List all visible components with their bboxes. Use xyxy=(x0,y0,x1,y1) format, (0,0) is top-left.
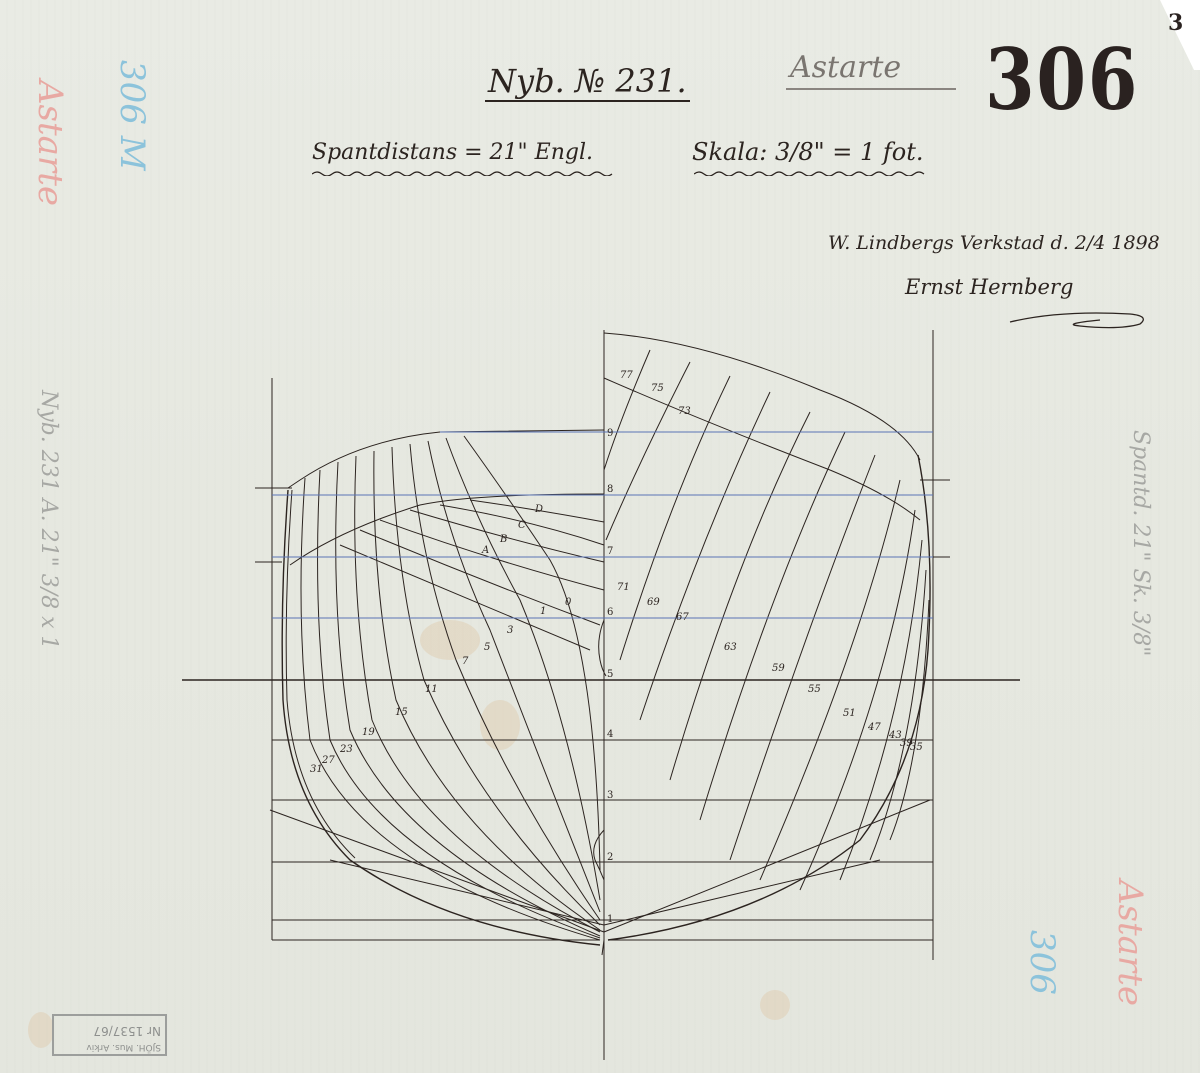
svg-text:73: 73 xyxy=(678,406,691,417)
waterline-label-9: 9 xyxy=(607,428,613,439)
svg-text:71: 71 xyxy=(617,582,630,593)
waterline-label-5: 5 xyxy=(607,669,613,680)
waterline-label-8: 8 xyxy=(607,484,613,495)
svg-text:69: 69 xyxy=(647,597,660,608)
svg-text:7: 7 xyxy=(462,656,469,667)
svg-text:3: 3 xyxy=(507,625,513,636)
body-plan-drawing: 1 2 3 4 5 6 7 8 9 D C B A 0 1 3 5 7 11 1… xyxy=(0,0,1200,1073)
diagonal-label-c: C xyxy=(518,520,526,531)
svg-text:35: 35 xyxy=(910,742,923,753)
svg-text:77: 77 xyxy=(620,370,633,381)
waterline-label-7: 7 xyxy=(607,546,613,557)
svg-text:5: 5 xyxy=(484,642,490,653)
waterline-label-4: 4 xyxy=(607,729,613,740)
svg-text:31: 31 xyxy=(310,764,323,775)
svg-text:55: 55 xyxy=(808,684,821,695)
diagonal-label-a: A xyxy=(481,545,489,556)
svg-text:51: 51 xyxy=(843,708,856,719)
svg-text:47: 47 xyxy=(867,722,881,733)
diagonal-label-d: D xyxy=(534,504,543,515)
svg-text:15: 15 xyxy=(395,707,408,718)
svg-text:23: 23 xyxy=(339,744,353,755)
waterline-label-3: 3 xyxy=(607,790,613,801)
waterline-label-6: 6 xyxy=(607,607,613,618)
frame-label-0: 0 xyxy=(565,597,572,608)
waterline-label-1: 1 xyxy=(607,914,613,925)
svg-text:27: 27 xyxy=(321,755,335,766)
waterline-label-2: 2 xyxy=(607,852,613,863)
svg-text:63: 63 xyxy=(724,642,737,653)
svg-text:59: 59 xyxy=(772,663,785,674)
svg-text:1: 1 xyxy=(540,606,546,617)
svg-text:19: 19 xyxy=(362,727,375,738)
diagonal-label-b: B xyxy=(499,534,507,545)
svg-text:75: 75 xyxy=(651,383,664,394)
svg-text:67: 67 xyxy=(676,612,689,623)
svg-text:11: 11 xyxy=(425,684,438,695)
